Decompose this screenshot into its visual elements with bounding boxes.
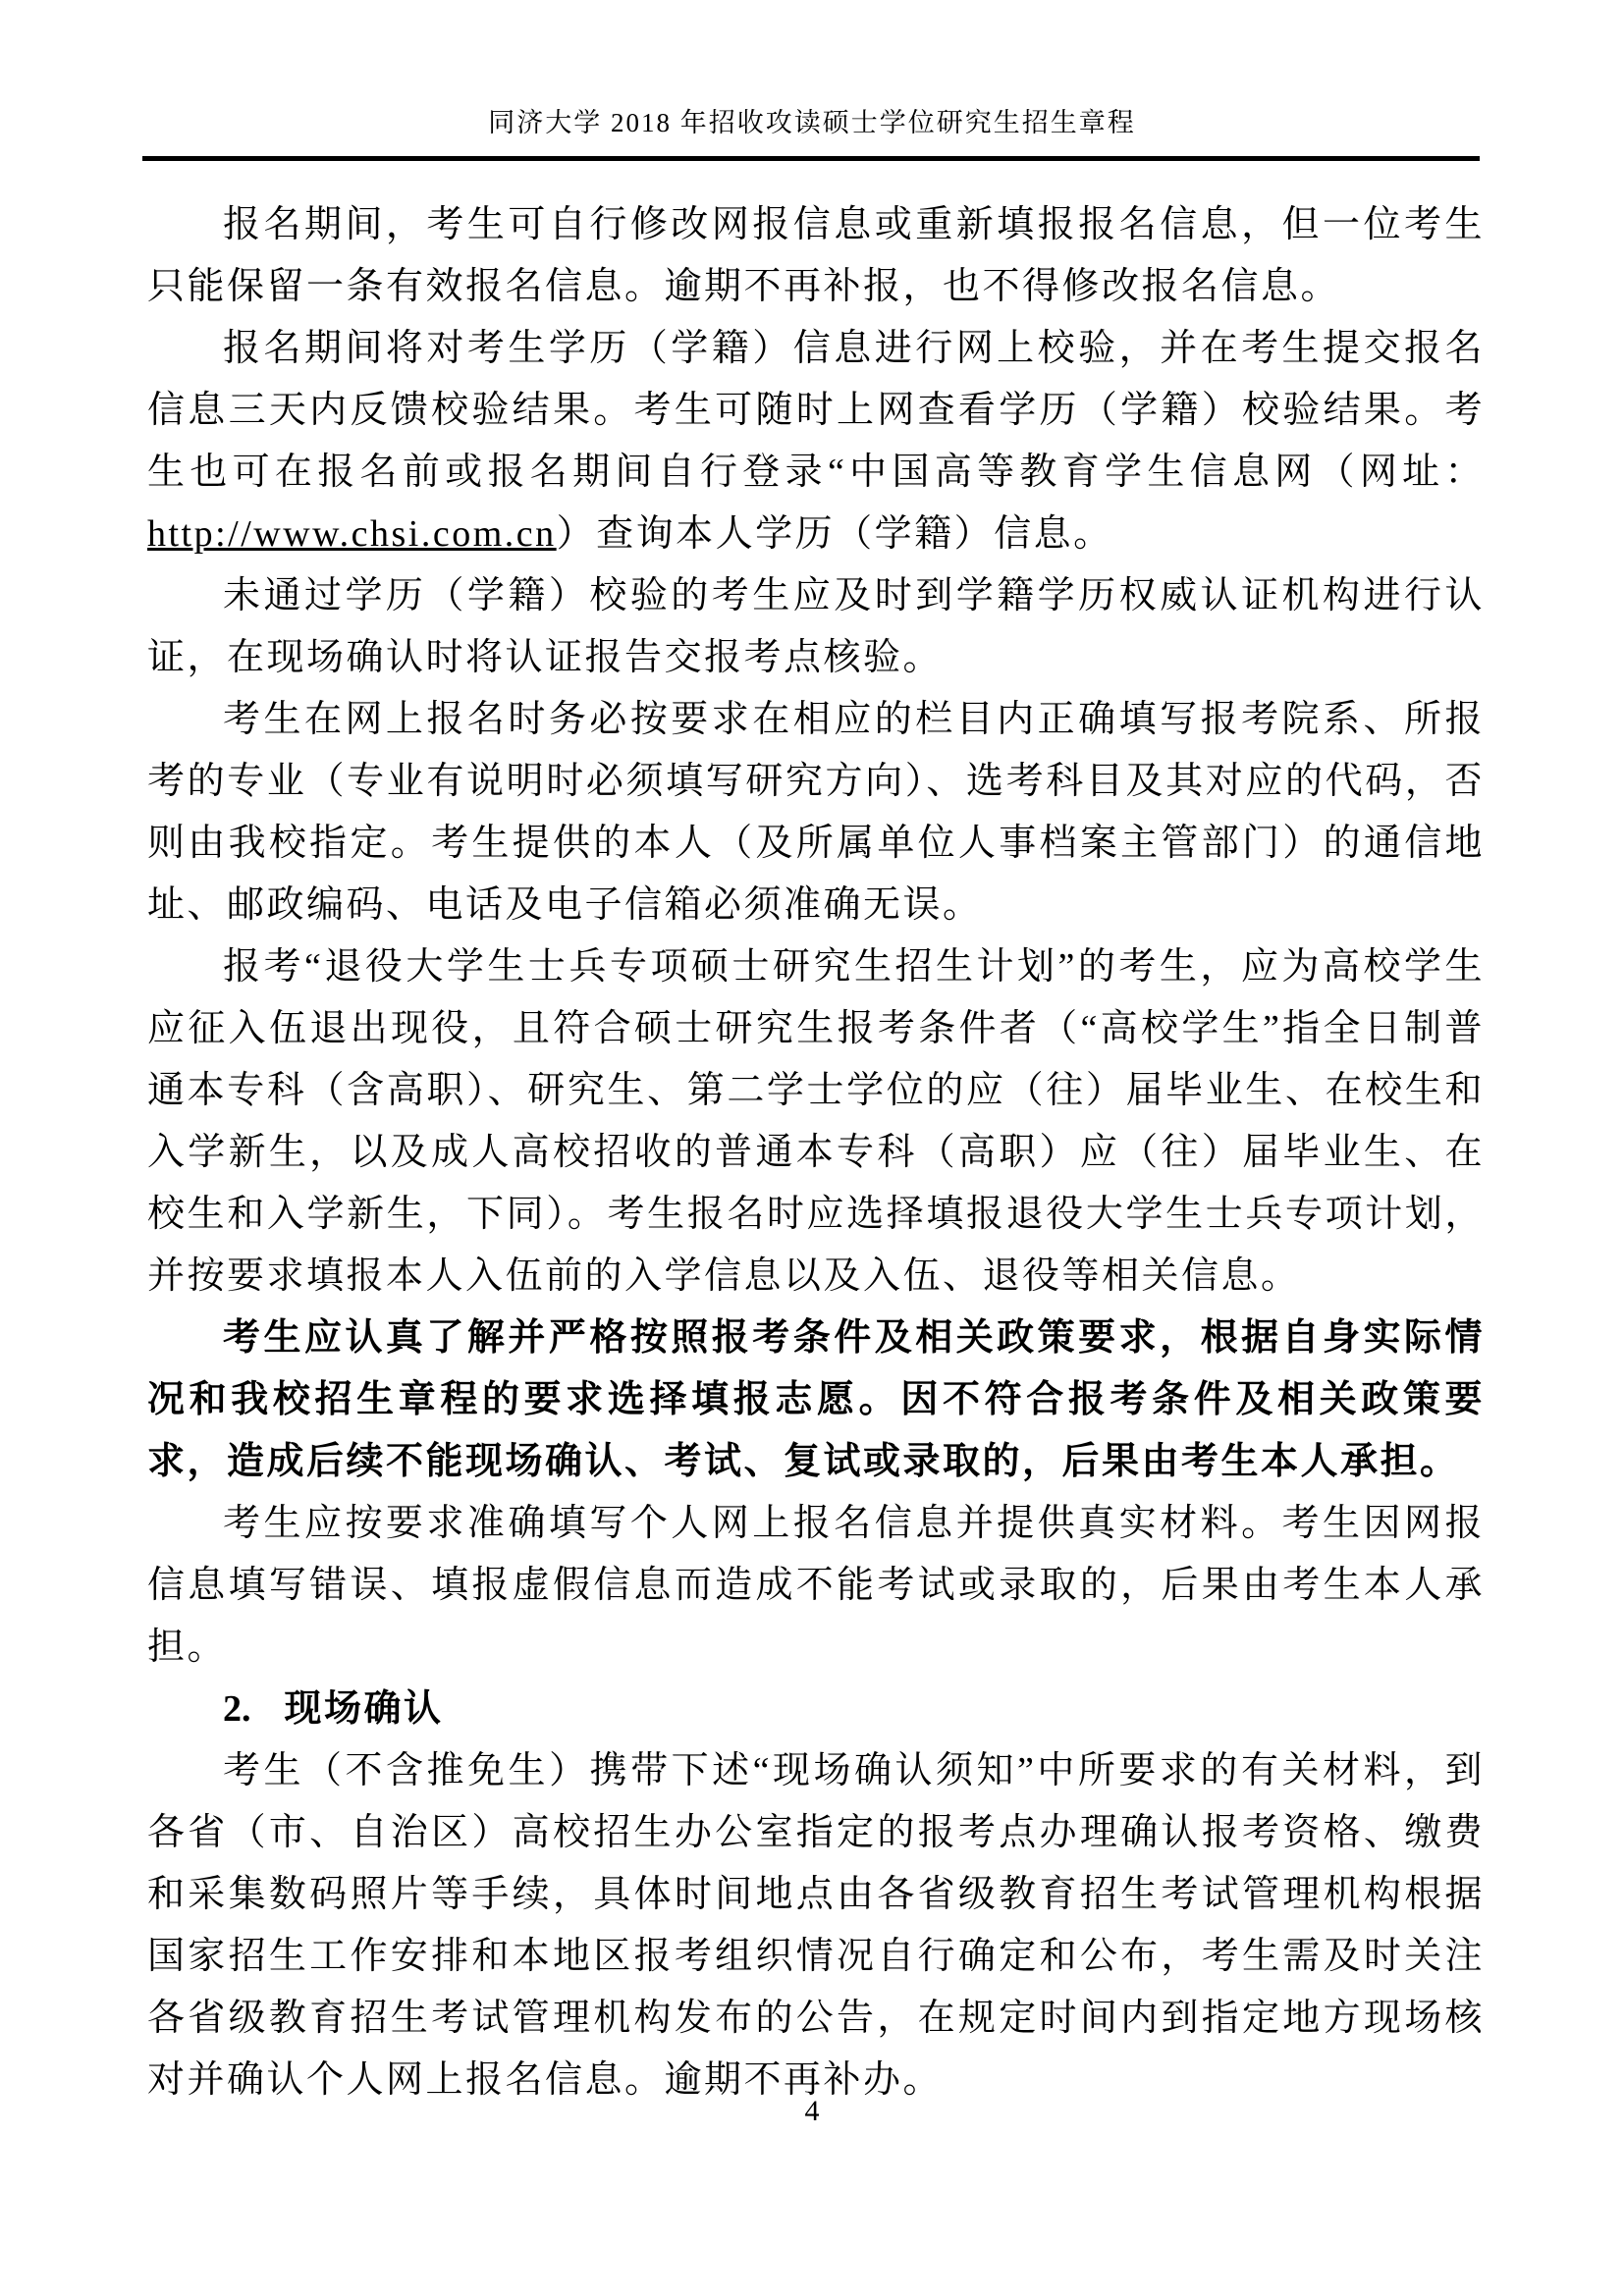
paragraph-veteran-special-plan: 报考“退役大学生士兵专项硕士研究生招生计划”的考生，应为高校学生应征入伍退出现役… bbox=[147, 936, 1485, 1308]
section-title: 现场确认 bbox=[285, 1688, 444, 1730]
paragraph-registration-edit: 报名期间，考生可自行修改网报信息或重新填报报名信息，但一位考生只能保留一条有效报… bbox=[147, 194, 1485, 318]
document-body: 报名期间，考生可自行修改网报信息或重新填报报名信息，但一位考生只能保留一条有效报… bbox=[147, 194, 1485, 2111]
paragraph-online-verification: 报名期间将对考生学历（学籍）信息进行网上校验，并在考生提交报名信息三天内反馈校验… bbox=[147, 318, 1485, 565]
verification-text-after-url: ）查询本人学历（学籍）信息。 bbox=[557, 513, 1113, 555]
paragraph-onsite-confirmation-detail: 考生（不含推免生）携带下述“现场确认须知”中所要求的有关材料，到各省（市、自治区… bbox=[147, 1740, 1485, 2111]
page-number: 4 bbox=[0, 2095, 1624, 2128]
paragraph-accurate-info: 考生应按要求准确填写个人网上报名信息并提供真实材料。考生因网报信息填写错误、填报… bbox=[147, 1493, 1485, 1679]
header-rule-line bbox=[142, 156, 1480, 161]
chsi-url-link[interactable]: http://www.chsi.com.cn bbox=[147, 513, 557, 555]
section-number: 2. bbox=[223, 1688, 251, 1730]
section-heading-onsite-confirmation: 2.现场确认 bbox=[147, 1679, 1485, 1740]
paragraph-fill-in-requirements: 考生在网上报名时务必按要求在相应的栏目内正确填写报考院系、所报考的专业（专业有说… bbox=[147, 689, 1485, 936]
verification-text-before-url: 报名期间将对考生学历（学籍）信息进行网上校验，并在考生提交报名信息三天内反馈校验… bbox=[147, 328, 1485, 493]
paragraph-bold-responsibility-notice: 考生应认真了解并严格按照报考条件及相关政策要求，根据自身实际情况和我校招生章程的… bbox=[147, 1308, 1485, 1493]
page-header-title: 同济大学 2018 年招收攻读硕士学位研究生招生章程 bbox=[143, 101, 1481, 139]
paragraph-failed-verification: 未通过学历（学籍）校验的考生应及时到学籍学历权威认证机构进行认证，在现场确认时将… bbox=[147, 565, 1485, 689]
document-page: 同济大学 2018 年招收攻读硕士学位研究生招生章程 报名期间，考生可自行修改网… bbox=[0, 0, 1624, 2296]
